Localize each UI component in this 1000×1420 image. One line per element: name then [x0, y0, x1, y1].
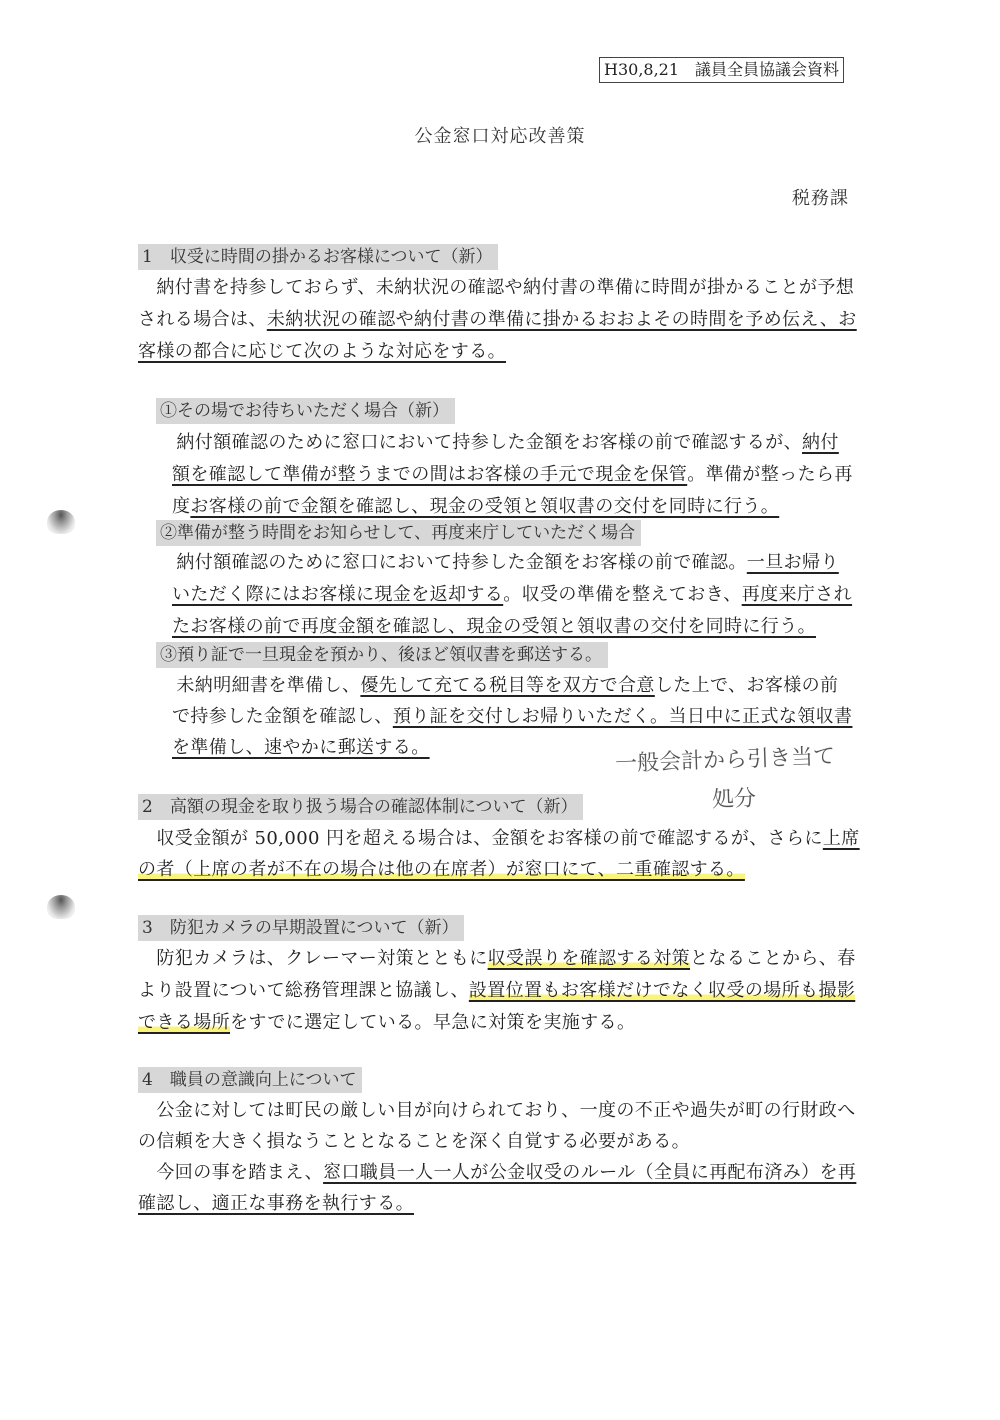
subsection-3-heading: ③預り証で一旦現金を預かり、後ほど領収書を郵送する。: [156, 642, 608, 668]
section-2-heading: 2 高額の現金を取り扱う場合の確認体制について（新）: [138, 794, 583, 820]
subsection-1-line-2: 額を確認して準備が整うまでの間はお客様の手元で現金を保管。準備が整ったら再: [172, 462, 853, 488]
section-4-heading: 4 職員の意識向上について: [138, 1067, 362, 1093]
section-3-line-1: 防犯カメラは、クレーマー対策とともに収受誤りを確認する対策となることから、春: [138, 946, 856, 972]
section-4-line-4: 確認し、適正な事務を執行する。: [138, 1191, 414, 1217]
section-3-line-3: できる場所をすでに選定している。早急に対策を実施する。: [138, 1010, 635, 1036]
subsection-1-heading: ①その場でお待ちいただく場合（新）: [156, 398, 455, 424]
subsection-3-line-3: を準備し、速やかに郵送する。: [172, 735, 430, 761]
punch-hole-bottom: [47, 895, 75, 919]
section-2-line-2: の者（上席の者が不在の場合は他の在席者）が窓口にて、二重確認する。: [138, 857, 745, 883]
subsection-2-line-3: たお客様の前で再度金額を確認し、現金の受領と領収書の交付を同時に行う。: [172, 614, 816, 640]
section-3-line-2: より設置について総務管理課と協議し、設置位置もお客様だけでなく収受の場所も撮影: [138, 978, 855, 1004]
subsection-2-line-1: 納付額確認のために窓口において持参した金額をお客様の前で確認。一旦お帰り: [158, 550, 839, 576]
document-page: H30,8,21 議員全員協議会資料 公金窓口対応改善策 税務課 1 収受に時間…: [0, 0, 1000, 1420]
section-1-heading: 1 収受に時間の掛かるお客様について（新）: [138, 244, 498, 270]
subsection-1-line-3: 度お客様の前で金額を確認し、現金の受領と領収書の交付を同時に行う。: [172, 494, 779, 520]
section-4-line-1: 公金に対しては町民の厳しい目が向けられており、一度の不正や過失が町の行財政へ: [138, 1098, 856, 1124]
section-1-line-2: される場合は、未納状況の確認や納付書の準備に掛かるおおよその時間を予め伝え、お: [138, 307, 857, 333]
subsection-3-line-2: で持参した金額を確認し、預り証を交付しお帰りいただく。当日中に正式な領収書: [172, 704, 852, 730]
department-name: 税務課: [792, 184, 849, 210]
section-2-line-1: 収受金額が 50,000 円を超える場合は、金額をお客様の前で確認するが、さらに…: [138, 826, 860, 852]
document-title: 公金窓口対応改善策: [0, 122, 1000, 148]
section-1-line-3: 客様の都合に応じて次のような対応をする。: [138, 339, 506, 365]
subsection-2-line-2: いただく際にはお客様に現金を返却する。収受の準備を整えておき、再度来庁され: [172, 582, 852, 608]
section-4-line-3: 今回の事を踏まえ、窓口職員一人一人が公金収受のルール（全員に再配布済み）を再: [138, 1160, 856, 1186]
subsection-3-line-1: 未納明細書を準備し、優先して充てる税目等を双方で合意した上で、お客様の前: [158, 673, 838, 699]
handwritten-note-line-1: 一般会計から引き当て: [615, 739, 836, 778]
section-1-line-1: 納付書を持参しておらず、未納状況の確認や納付書の準備に時間が掛かることが予想: [138, 275, 854, 301]
section-4-line-2: の信頼を大きく損なうこととなることを深く自覚する必要がある。: [138, 1129, 690, 1155]
reference-label: H30,8,21 議員全員協議会資料: [599, 57, 844, 83]
punch-hole-top: [47, 510, 75, 534]
handwritten-note-line-2: 処分: [711, 781, 756, 814]
section-3-heading: 3 防犯カメラの早期設置について（新）: [138, 915, 464, 941]
subsection-2-heading: ②準備が整う時間をお知らせして、再度来庁していただく場合: [156, 520, 641, 546]
subsection-1-line-1: 納付額確認のために窓口において持参した金額をお客様の前で確認するが、納付: [158, 430, 839, 456]
